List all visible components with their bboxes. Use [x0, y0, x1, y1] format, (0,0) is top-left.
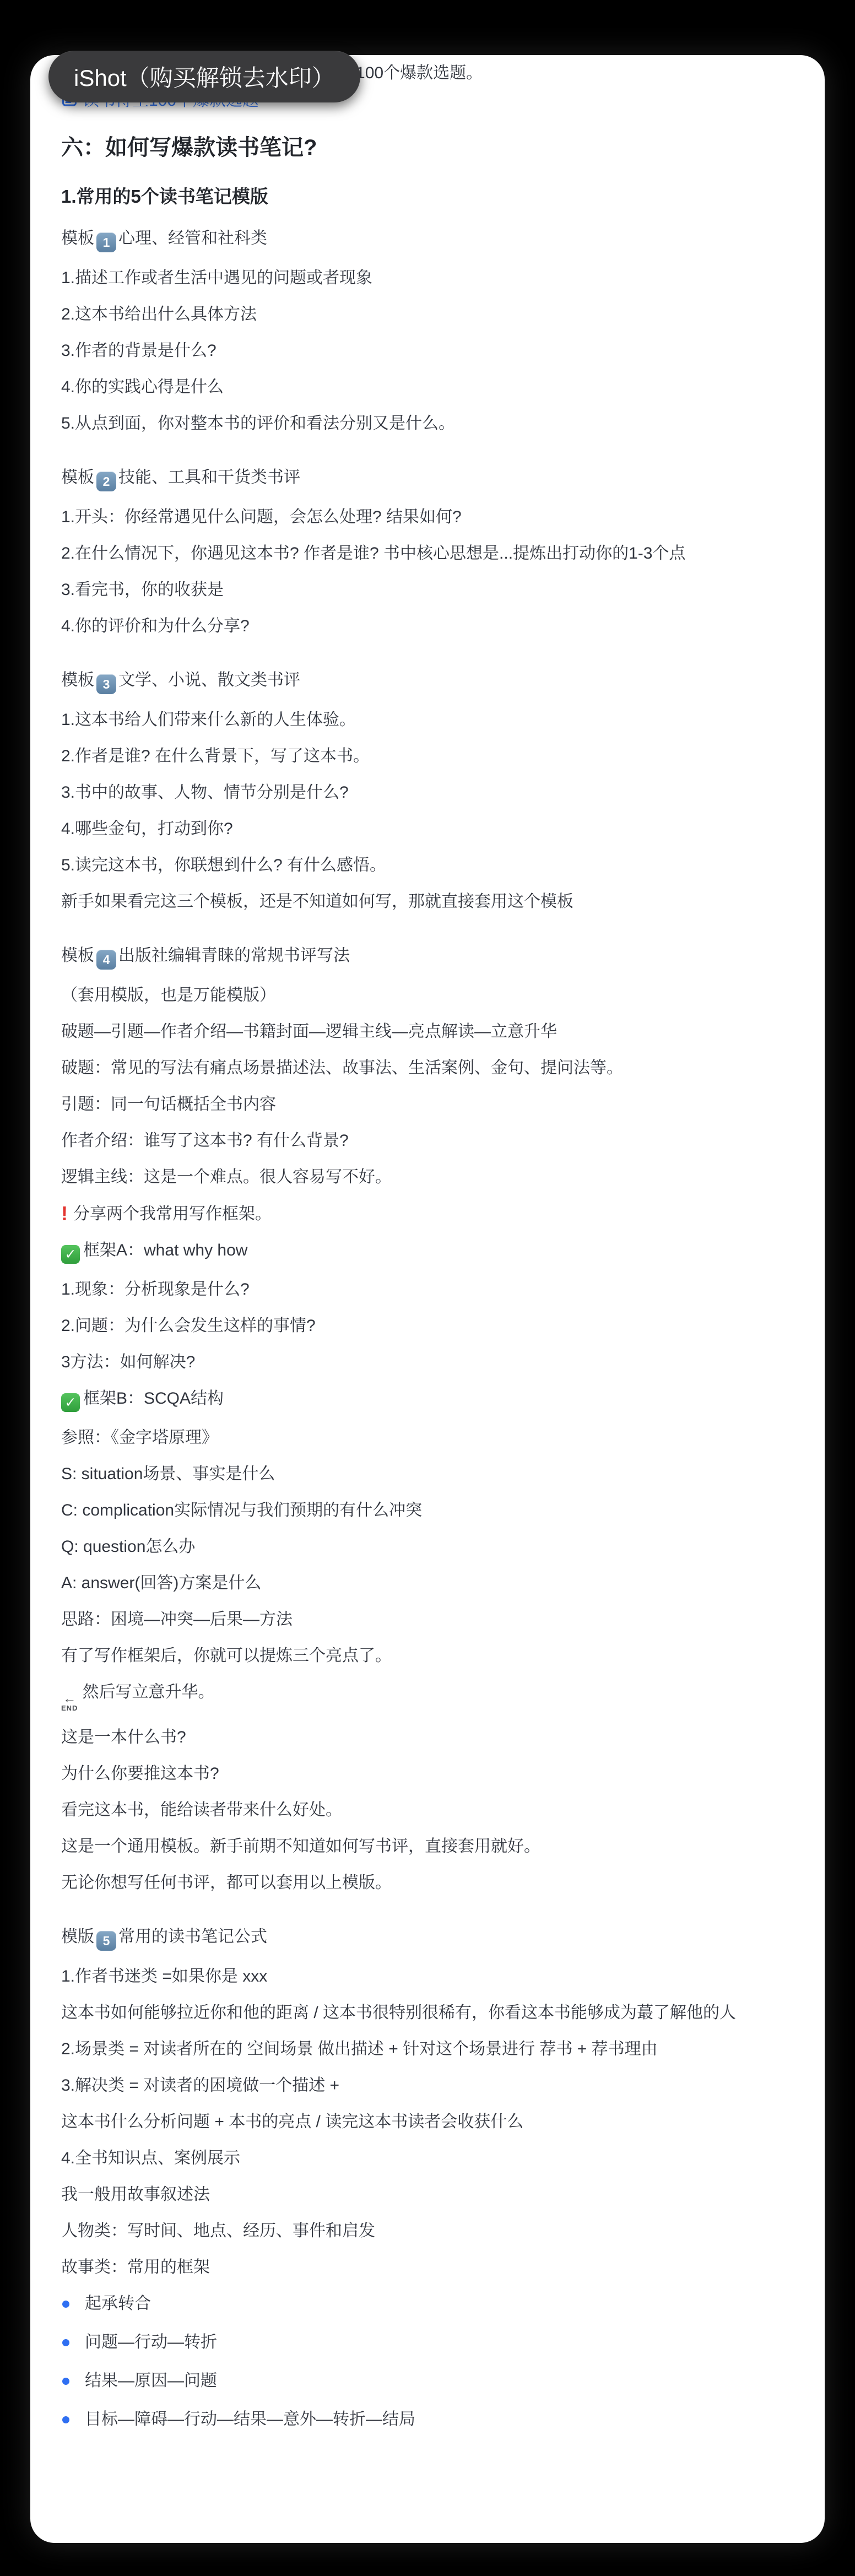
ishot-watermark-tooltip: iShot（购买解锁去水印）: [48, 51, 360, 102]
body-paragraph: 2.在什么情况下，你遇见这本书? 作者是谁? 书中核心思想是...提炼出打动你的…: [61, 543, 803, 564]
paragraph-text: 1.这本书给人们带来什么新的人生体验。: [61, 711, 356, 729]
paragraph-text: 这是一本什么书?: [61, 1728, 186, 1746]
template-prefix: 模板: [61, 671, 94, 689]
note-card: 4.最直接的方法：用我验证过，筛选过的100个爆款选题。 读书博主100个爆款选…: [30, 55, 825, 2543]
paragraph-text: 引题：同一句话概括全书内容: [61, 1095, 276, 1113]
body-paragraph: 无论你想写任何书评，都可以套用以上模版。: [61, 1873, 803, 1893]
list-item: 问题—行动—转折: [61, 2332, 803, 2353]
paragraph-text: 有了写作框架后，你就可以提炼三个亮点了。: [61, 1647, 392, 1665]
body-paragraph: A: answer(回答)方案是什么: [61, 1573, 803, 1594]
body-paragraph: 我一般用故事叙述法: [61, 2184, 803, 2205]
note-body: 模板1心理、经管和社科类1.描述工作或者生活中遇见的问题或者现象2.这本书给出什…: [61, 208, 803, 2430]
template-title: 出版社编辑青睐的常规书评写法: [118, 946, 350, 965]
body-paragraph: 1.这本书给人们带来什么新的人生体验。: [61, 710, 803, 730]
body-paragraph: 为什么你要推这本书?: [61, 1763, 803, 1784]
body-paragraph: 5.从点到面，你对整本书的评价和看法分别又是什么。: [61, 413, 803, 434]
check-mark-icon: ✓: [61, 1393, 80, 1412]
paragraph-text: 这本书如何能够拉近你和他的距离 / 这本书很特别很稀有，你看这本书能够成为蕞了解…: [61, 2004, 736, 2022]
body-paragraph: 这本书什么分析问题 + 本书的亮点 / 读完这本书读者会收获什么: [61, 2112, 803, 2133]
body-paragraph: ✓框架B：SCQA结构: [61, 1388, 803, 1412]
template-prefix: 模板: [61, 946, 94, 965]
template-title: 文学、小说、散文类书评: [118, 671, 300, 689]
keycap-5-icon: 5: [96, 1931, 116, 1951]
paragraph-text: 这是一个通用模板。新手前期不知道如何写书评，直接套用就好。: [61, 1837, 540, 1855]
paragraph-text: 1.作者书迷类 =如果你是 xxx: [61, 1967, 267, 1985]
paragraph-text: 1.现象：分析现象是什么?: [61, 1280, 250, 1298]
list-item-text: 结果—原因—问题: [85, 2371, 217, 2391]
template-prefix: 模板: [61, 468, 94, 486]
template-title: 技能、工具和干货类书评: [118, 468, 300, 486]
paragraph-text: 框架A：what why how: [83, 1241, 247, 1259]
paragraph-text: C: complication实际情况与我们预期的有什么冲突: [61, 1501, 422, 1519]
paragraph-text: 4.你的评价和为什么分享?: [61, 617, 250, 635]
paragraph-text: 为什么你要推这本书?: [61, 1765, 219, 1783]
paragraph-text: 破题—引题—作者介绍—书籍封面—逻辑主线—亮点解读—立意升华: [61, 1022, 557, 1041]
body-paragraph: 引题：同一句话概括全书内容: [61, 1094, 803, 1115]
body-paragraph: 2.作者是谁? 在什么背景下，写了这本书。: [61, 746, 803, 767]
paragraph-text: 3方法：如何解决?: [61, 1353, 195, 1371]
body-paragraph: C: complication实际情况与我们预期的有什么冲突: [61, 1500, 803, 1521]
paragraph-text: 2.问题：为什么会发生这样的事情?: [61, 1317, 316, 1335]
paragraph-text: 1.开头：你经常遇见什么问题，会怎么处理? 结果如何?: [61, 508, 462, 526]
body-paragraph: S: situation场景、事实是什么: [61, 1464, 803, 1485]
body-paragraph: 人物类：写时间、地点、经历、事件和启发: [61, 2221, 803, 2242]
end-arrow-icon: ←END: [61, 1692, 78, 1712]
paragraph-text: 4.哪些金句，打动到你?: [61, 820, 233, 838]
body-paragraph: （套用模版，也是万能模版）: [61, 985, 803, 1006]
paragraph-text: 新手如果看完这三个模板，还是不知道如何写，那就直接套用这个模板: [61, 892, 573, 911]
body-paragraph: 1.描述工作或者生活中遇见的问题或者现象: [61, 268, 803, 289]
paragraph-text: S: situation场景、事实是什么: [61, 1465, 275, 1483]
paragraph-text: 2.在什么情况下，你遇见这本书? 作者是谁? 书中核心思想是...提炼出打动你的…: [61, 544, 685, 562]
paragraph-text: 故事类：常用的框架: [61, 2258, 210, 2276]
body-paragraph: 4.哪些金句，打动到你?: [61, 819, 803, 840]
body-paragraph: 作者介绍：谁写了这本书? 有什么背景?: [61, 1130, 803, 1151]
paragraph-text: 逻辑主线：这是一个难点。很人容易写不好。: [61, 1168, 392, 1186]
paragraph-text: 5.读完这本书，你联想到什么? 有什么感悟。: [61, 856, 386, 874]
body-paragraph: ✓框架A：what why how: [61, 1240, 803, 1264]
body-paragraph: 逻辑主线：这是一个难点。很人容易写不好。: [61, 1167, 803, 1188]
paragraph-text: 然后写立意升华。: [82, 1683, 214, 1701]
body-paragraph: 1.作者书迷类 =如果你是 xxx: [61, 1966, 803, 1987]
paragraph-text: 2.这本书给出什么具体方法: [61, 305, 257, 323]
paragraph-text: （套用模版，也是万能模版）: [61, 986, 276, 1004]
template-heading: 模板1心理、经管和社科类: [61, 228, 803, 252]
template-heading: 模板4出版社编辑青睐的常规书评写法: [61, 945, 803, 970]
subsection-heading: 1.常用的5个读书笔记模版: [61, 185, 803, 208]
paragraph-text: Q: question怎么办: [61, 1538, 195, 1556]
body-paragraph: 2.场景类 = 对读者所在的 空间场景 做出描述 + 针对这个场景进行 荐书 +…: [61, 2039, 803, 2060]
template-title: 常用的读书笔记公式: [118, 1928, 267, 1946]
body-paragraph: 新手如果看完这三个模板，还是不知道如何写，那就直接套用这个模板: [61, 891, 803, 912]
keycap-1-icon: 1: [96, 232, 116, 252]
body-paragraph: 4.你的评价和为什么分享?: [61, 616, 803, 637]
paragraph-text: 思路：困境—冲突—后果—方法: [61, 1610, 293, 1628]
body-paragraph: ←END然后写立意升华。: [61, 1682, 803, 1712]
body-paragraph: 2.问题：为什么会发生这样的事情?: [61, 1316, 803, 1336]
template-prefix: 模版: [61, 1928, 94, 1946]
paragraph-text: 3.书中的故事、人物、情节分别是什么?: [61, 783, 349, 802]
section-heading: 六：如何写爆款读书笔记?: [61, 134, 803, 161]
list-item-text: 目标—障碍—行动—结果—意外—转折—结局: [85, 2409, 415, 2430]
body-paragraph: 1.开头：你经常遇见什么问题，会怎么处理? 结果如何?: [61, 507, 803, 528]
paragraph-text: 人物类：写时间、地点、经历、事件和启发: [61, 2222, 375, 2240]
body-paragraph: 故事类：常用的框架: [61, 2257, 803, 2278]
body-paragraph: 3.看完书，你的收获是: [61, 580, 803, 600]
paragraph-text: 无论你想写任何书评，都可以套用以上模版。: [61, 1874, 392, 1892]
body-paragraph: !分享两个我常用写作框架。: [61, 1203, 803, 1225]
paragraph-text: 4.你的实践心得是什么: [61, 378, 224, 396]
paragraph-text: 2.作者是谁? 在什么背景下，写了这本书。: [61, 747, 370, 765]
keycap-4-icon: 4: [96, 950, 116, 970]
paragraph-text: A: answer(回答)方案是什么: [61, 1574, 261, 1592]
paragraph-text: 3.解决类 = 对读者的困境做一个描述 +: [61, 2076, 339, 2095]
template-title: 心理、经管和社科类: [118, 229, 267, 247]
body-paragraph: 看完这本书，能给读者带来什么好处。: [61, 1800, 803, 1821]
list-item: 起承转合: [61, 2293, 803, 2314]
template-heading: 模板3文学、小说、散文类书评: [61, 670, 803, 694]
paragraph-text: 框架B：SCQA结构: [83, 1389, 224, 1408]
paragraph-text: 1.描述工作或者生活中遇见的问题或者现象: [61, 269, 372, 287]
body-paragraph: 这是一本什么书?: [61, 1727, 803, 1748]
paragraph-text: 4.全书知识点、案例展示: [61, 2149, 240, 2167]
bullet-dot-icon: [62, 2378, 69, 2385]
bullet-dot-icon: [62, 2339, 69, 2346]
paragraph-text: 3.作者的背景是什么?: [61, 342, 217, 360]
body-paragraph: 3.解决类 = 对读者的困境做一个描述 +: [61, 2075, 803, 2096]
body-paragraph: 1.现象：分析现象是什么?: [61, 1279, 803, 1300]
paragraph-text: 看完这本书，能给读者带来什么好处。: [61, 1801, 342, 1819]
paragraph-text: 分享两个我常用写作框架。: [73, 1205, 272, 1223]
keycap-3-icon: 3: [96, 674, 116, 694]
body-paragraph: 有了写作框架后，你就可以提炼三个亮点了。: [61, 1646, 803, 1666]
list-item: 目标—障碍—行动—结果—意外—转折—结局: [61, 2409, 803, 2430]
template-heading: 模版5常用的读书笔记公式: [61, 1926, 803, 1951]
body-paragraph: 2.这本书给出什么具体方法: [61, 304, 803, 325]
body-paragraph: 这本书如何能够拉近你和他的距离 / 这本书很特别很稀有，你看这本书能够成为蕞了解…: [61, 2003, 803, 2023]
paragraph-text: 2.场景类 = 对读者所在的 空间场景 做出描述 + 针对这个场景进行 荐书 +…: [61, 2040, 658, 2058]
list-item-text: 起承转合: [85, 2293, 151, 2314]
paragraph-text: 破题：常见的写法有痛点场景描述法、故事法、生活案例、金句、提问法等。: [61, 1059, 623, 1077]
body-paragraph: Q: question怎么办: [61, 1536, 803, 1557]
bullet-dot-icon: [62, 2301, 69, 2308]
body-paragraph: 3.书中的故事、人物、情节分别是什么?: [61, 782, 803, 803]
body-paragraph: 4.全书知识点、案例展示: [61, 2148, 803, 2169]
body-paragraph: 4.你的实践心得是什么: [61, 377, 803, 398]
paragraph-text: 作者介绍：谁写了这本书? 有什么背景?: [61, 1132, 349, 1150]
body-paragraph: 5.读完这本书，你联想到什么? 有什么感悟。: [61, 855, 803, 876]
template-heading: 模板2技能、工具和干货类书评: [61, 467, 803, 491]
body-paragraph: 这是一个通用模板。新手前期不知道如何写书评，直接套用就好。: [61, 1836, 803, 1857]
paragraph-text: 5.从点到面，你对整本书的评价和看法分别又是什么。: [61, 414, 455, 432]
paragraph-text: 参照：《金字塔原理》: [61, 1428, 218, 1447]
paragraph-text: 3.看完书，你的收获是: [61, 581, 224, 599]
exclamation-icon: !: [61, 1202, 68, 1225]
body-paragraph: 破题：常见的写法有痛点场景描述法、故事法、生活案例、金句、提问法等。: [61, 1058, 803, 1079]
bullet-dot-icon: [62, 2416, 69, 2423]
paragraph-text: 我一般用故事叙述法: [61, 2185, 210, 2204]
body-paragraph: 思路：困境—冲突—后果—方法: [61, 1609, 803, 1630]
list-item: 结果—原因—问题: [61, 2371, 803, 2391]
body-paragraph: 参照：《金字塔原理》: [61, 1427, 803, 1448]
keycap-2-icon: 2: [96, 472, 116, 491]
list-item-text: 问题—行动—转折: [85, 2332, 217, 2353]
body-paragraph: 3.作者的背景是什么?: [61, 340, 803, 361]
body-paragraph: 3方法：如何解决?: [61, 1352, 803, 1373]
paragraph-text: 这本书什么分析问题 + 本书的亮点 / 读完这本书读者会收获什么: [61, 2113, 523, 2131]
template-prefix: 模板: [61, 229, 94, 247]
body-paragraph: 破题—引题—作者介绍—书籍封面—逻辑主线—亮点解读—立意升华: [61, 1021, 803, 1042]
check-mark-icon: ✓: [61, 1245, 80, 1264]
